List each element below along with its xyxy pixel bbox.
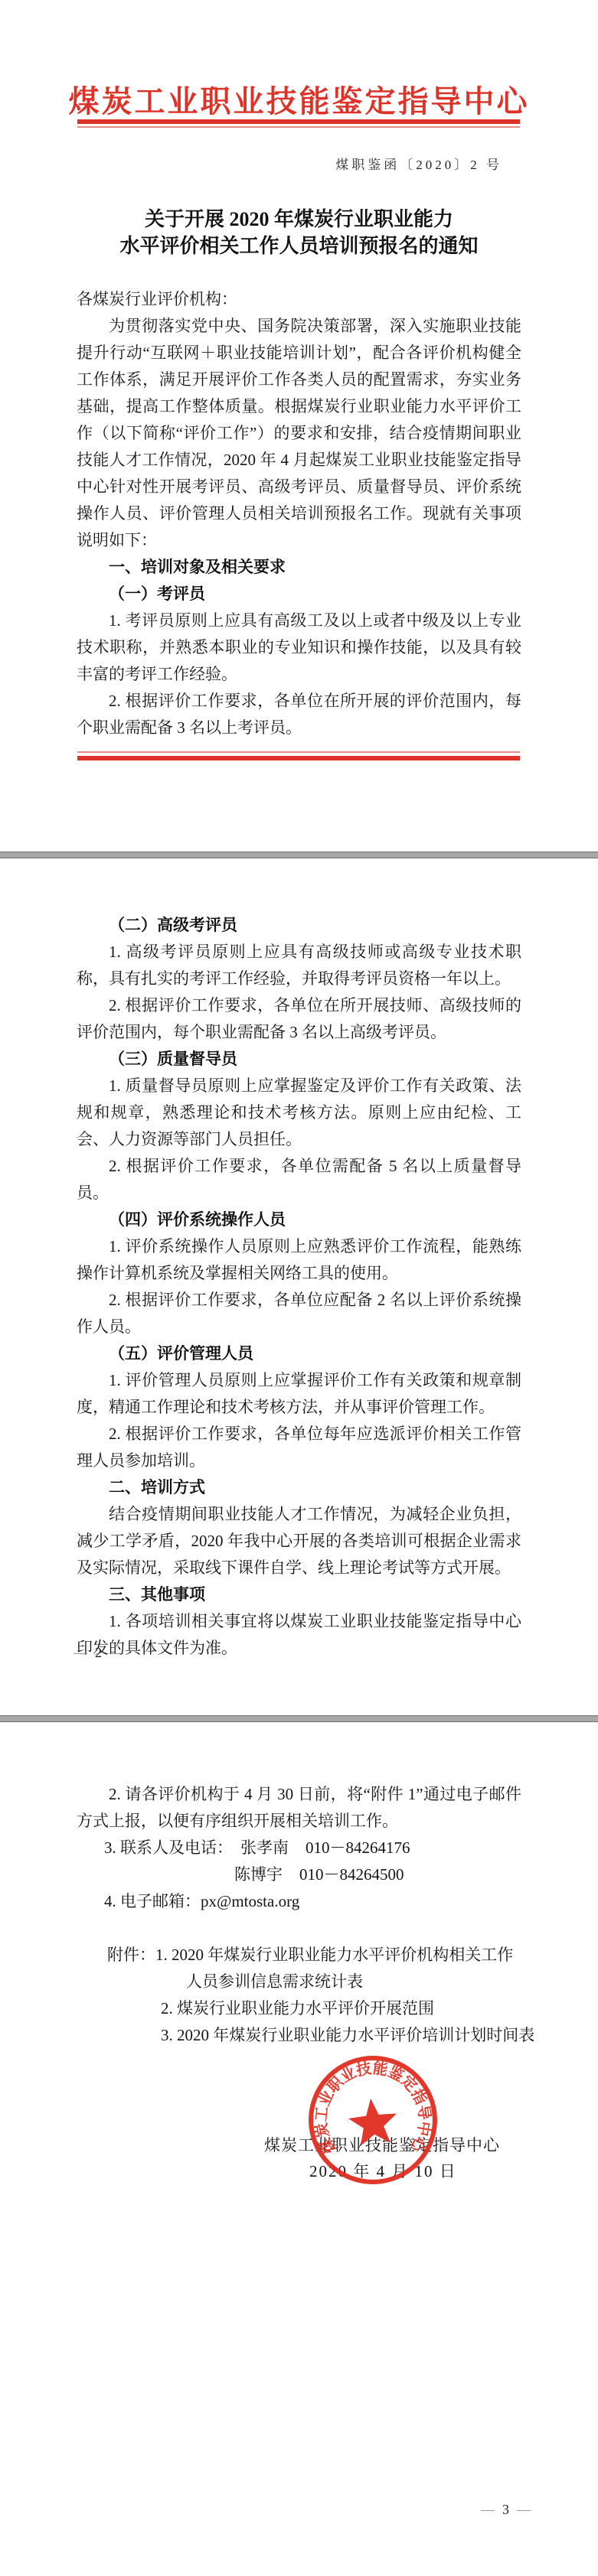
page3-dash-left: — (475, 2502, 502, 2517)
page1-body: 各煤炭行业评价机构： 为贯彻落实党中央、国务院决策部署，深入实施职业技能提升行动… (77, 286, 521, 741)
contact2-phone: 010－84264500 (299, 1865, 404, 1884)
section1-heading: 一、培训对象及相关要求 (77, 554, 521, 581)
section2-heading: 二、培训方式 (77, 1474, 521, 1501)
notice-title-line2: 水平评价相关工作人员培训预报名的通知 (31, 233, 567, 259)
contact1-phone: 010－84264176 (306, 1838, 410, 1857)
attachment-line-4: 3. 2020 年煤炭行业职业能力水平评价培训计划时间表 (77, 2022, 521, 2049)
notice-title: 关于开展 2020 年煤炭行业职业能力 水平评价相关工作人员培训预报名的通知 (31, 206, 567, 259)
section3-p2: 2. 请各评价机构于 4 月 30 日前，将“附件 1”通过电子邮件方式上报，以… (77, 1781, 521, 1835)
contact1-name: 张孝南 (240, 1838, 289, 1857)
section1-sub5-title: （五）评价管理人员 (77, 1340, 521, 1367)
page3-dash-right: — (511, 2502, 538, 2517)
blank-line (77, 1915, 521, 1942)
page3-number: —3— (475, 2502, 538, 2518)
section1-sub4-p2: 2. 根据评价工作要求，各单位应配备 2 名以上评价系统操作人员。 (77, 1287, 521, 1340)
page2-number: —2— (67, 1645, 131, 1661)
official-seal: 煤炭工业职业技能鉴定指导中心 (298, 2045, 448, 2195)
section1-sub3-title: （三）质量督导员 (77, 1046, 521, 1073)
section1-sub5-p1: 1. 评价管理人员原则上应掌握评价工作有关政策和规章制度，精通工作理论和技术考核… (77, 1367, 521, 1421)
contact2-name: 陈博宇 (234, 1865, 283, 1884)
page3-number-value: 3 (502, 2502, 511, 2517)
salutation: 各煤炭行业评价机构： (77, 286, 521, 313)
section1-sub1-title: （一）考评员 (77, 581, 521, 607)
section1-sub4-p1: 1. 评价系统操作人员原则上应熟悉评价工作流程，能熟练操作计算机系统及掌握相关网… (77, 1233, 521, 1287)
section1-sub1-p2: 2. 根据评价工作要求，各单位在所开展的评价范围内，每个职业需配备 3 名以上考… (77, 688, 521, 741)
section1-sub3-p1: 1. 质量督导员原则上应掌握鉴定及评价工作有关政策、法规和规章，熟悉理论和技术考… (77, 1073, 521, 1153)
contact-prefix: 3. 联系人及电话： (104, 1838, 233, 1857)
attachment-line-3: 2. 煤炭行业职业能力水平评价开展范围 (77, 1995, 521, 2022)
intro-paragraph: 为贯彻落实党中央、国务院决策部署，深入实施职业技能提升行动“互联网＋职业技能培训… (77, 313, 521, 554)
page-separator-2 (0, 1715, 598, 1722)
section2-p1: 结合疫情期间职业技能人才工作情况，为减轻企业负担，减少工学矛盾，2020 年我中… (77, 1501, 521, 1581)
section1-sub1-p1: 1. 考评员原则上应具有高级工及以上或者中级及以上专业技术职称，并熟悉本职业的专… (77, 607, 521, 688)
email-line: 4. 电子邮箱：px@mtosta.org (77, 1888, 521, 1915)
section3-heading: 三、其他事项 (77, 1581, 521, 1608)
section1-sub2-p1: 1. 高级考评员原则上应具有高级技师或高级专业技术职称，具有扎实的考评工作经验，… (77, 939, 521, 992)
page-separator-1 (0, 852, 598, 858)
footer-rule-thick (77, 756, 520, 760)
letterhead-title: 煤炭工业职业技能鉴定指导中心 (0, 77, 598, 121)
seal-star-icon (346, 2096, 399, 2148)
section1-sub5-p2: 2. 根据评价工作要求，各单位每年应选派评价相关工作管理人员参加培训。 (77, 1421, 521, 1474)
contact-line-1: 3. 联系人及电话：张孝南010－84264176 (77, 1835, 521, 1861)
attachment-line-2: 人员参训信息需求统计表 (77, 1969, 521, 1995)
document-canvas: 煤炭工业职业技能鉴定指导中心 煤职鉴函〔2020〕2 号 关于开展 2020 年… (0, 0, 598, 2576)
doc-number: 煤职鉴函〔2020〕2 号 (77, 154, 502, 173)
page2-dash-left: — (67, 1645, 95, 1660)
section3-p1: 1. 各项培训相关事宜将以煤炭工业职业技能鉴定指导中心印发的具体文件为准。 (77, 1608, 521, 1662)
header-rule-thin (77, 126, 520, 128)
section1-sub2-title: （二）高级考评员 (77, 912, 521, 939)
footer-rule-thin (77, 751, 520, 753)
page2-body: （二）高级考评员 1. 高级考评员原则上应具有高级技师或高级专业技术职称，具有扎… (77, 912, 521, 1662)
notice-title-line1: 关于开展 2020 年煤炭行业职业能力 (31, 206, 567, 233)
section1-sub3-p2: 2. 根据评价工作要求，各单位需配备 5 名以上质量督导员。 (77, 1153, 521, 1207)
section1-sub4-title: （四）评价系统操作人员 (77, 1207, 521, 1233)
page2-dash-right: — (103, 1645, 131, 1660)
contact-line-2: 陈博宇010－84264500 (77, 1861, 521, 1888)
header-rule-thick (77, 119, 520, 124)
page3-body: 2. 请各评价机构于 4 月 30 日前，将“附件 1”通过电子邮件方式上报，以… (77, 1781, 521, 2049)
attachment-line-1: 附件：1. 2020 年煤炭行业职业能力水平评价机构相关工作 (77, 1942, 521, 1969)
page2-number-value: 2 (95, 1645, 103, 1660)
section1-sub2-p2: 2. 根据评价工作要求，各单位在所开展技师、高级技师的评价范围内，每个职业需配备… (77, 992, 521, 1046)
